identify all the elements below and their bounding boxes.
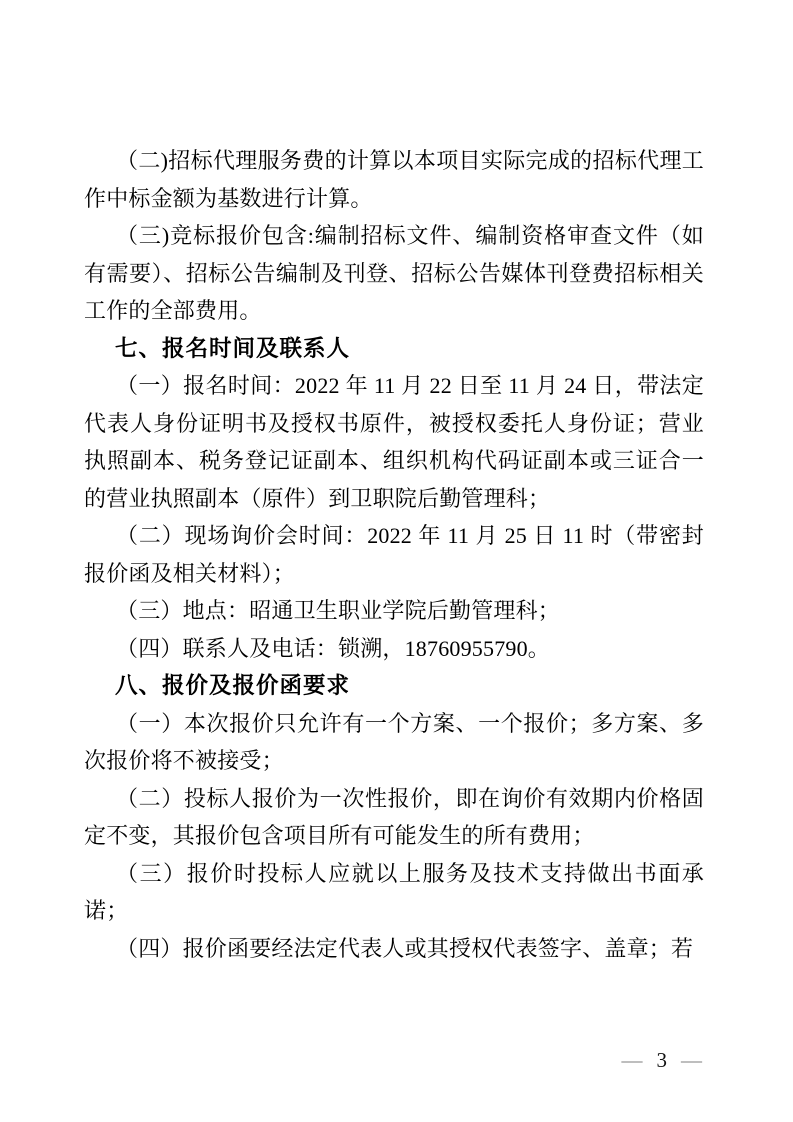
paragraph-inquiry-meeting-time: （二）现场询价会时间：2022 年 11 月 25 日 11 时（带密封报价函及… [84,517,704,592]
footer-right-dash: — [681,1048,702,1072]
paragraph-tender-agency-fee: （二)招标代理服务费的计算以本项目实际完成的招标代理工作中标金额为基数进行计算。 [84,142,704,217]
paragraph-one-time-quote-rule: （二）投标人报价为一次性报价，即在询价有效期内价格固定不变，其报价包含项目所有可… [84,780,704,855]
paragraph-bid-quote-scope: （三)竞标报价包含:编制招标文件、编制资格审查文件（如有需要）、招标公告编制及刊… [84,217,704,330]
section-heading-7-registration: 七、报名时间及联系人 [84,330,704,368]
page-number: 3 [657,1048,668,1072]
footer-left-dash: — [622,1048,643,1072]
document-page: （二)招标代理服务费的计算以本项目实际完成的招标代理工作中标金额为基数进行计算。… [0,0,793,1122]
paragraph-signature-seal-rule: （四）报价函要经法定代表人或其授权代表签字、盖章；若 [84,930,704,968]
paragraph-single-quote-rule: （一）本次报价只允许有一个方案、一个报价；多方案、多次报价将不被接受； [84,705,704,780]
paragraph-location: （三）地点：昭通卫生职业学院后勤管理科； [84,592,704,630]
paragraph-registration-time: （一）报名时间：2022 年 11 月 22 日至 11 月 24 日，带法定代… [84,367,704,517]
section-heading-8-quotation: 八、报价及报价函要求 [84,667,704,705]
paragraph-contact-phone: （四）联系人及电话：锁溯，18760955790。 [84,630,704,668]
page-footer: —3— [622,1046,703,1074]
document-body: （二)招标代理服务费的计算以本项目实际完成的招标代理工作中标金额为基数进行计算。… [84,142,704,967]
paragraph-written-commitment: （三）报价时投标人应就以上服务及技术支持做出书面承诺； [84,855,704,930]
